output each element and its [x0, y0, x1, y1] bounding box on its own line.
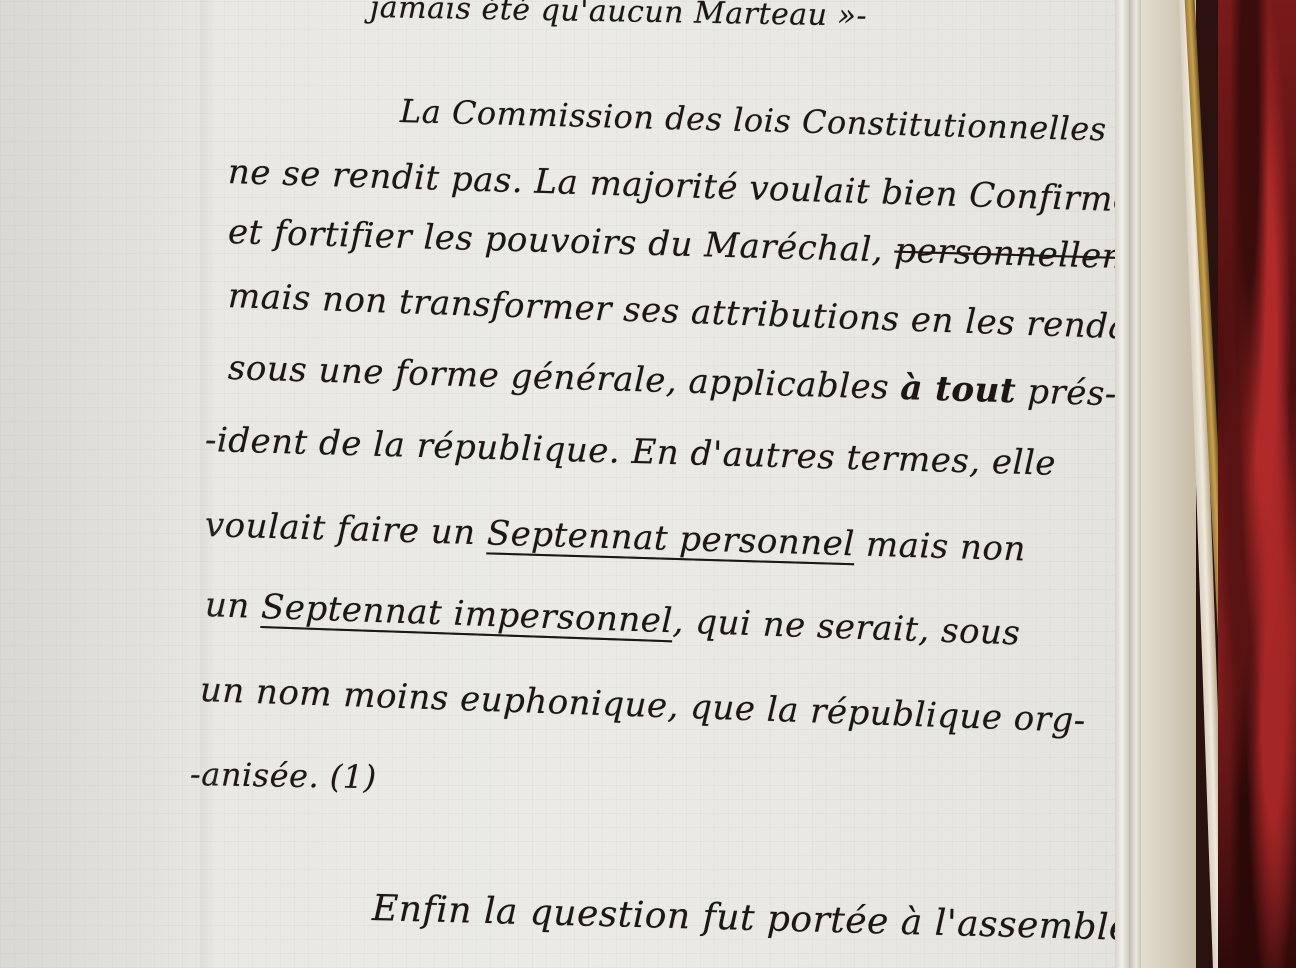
marbled-cover [1218, 0, 1296, 968]
underlined-phrase: Septennat personnel [486, 513, 855, 564]
text-line-3: et fortifier les pouvoirs du Maréchal, p… [227, 212, 1192, 279]
text-line-1: La Commission des lois Constitutionnelle… [400, 92, 1108, 148]
text-line-2: ne se rendit pas. La majorité voulait bi… [227, 152, 1151, 221]
manuscript-photo: jamais été qu'aucun Marteau »- La Commis… [0, 0, 1296, 968]
text-segment: prés- [1015, 371, 1117, 414]
page-edge [1115, 0, 1129, 968]
text-segment: , qui ne serait, sous [672, 601, 1021, 653]
text-segment: un [204, 585, 261, 627]
text-segment: et fortifier les pouvoirs du Maréchal, [227, 212, 895, 271]
text-line-11: Enfin la question fut portée à l'assembl… [371, 888, 1153, 949]
text-segment: voulait faire un [204, 505, 487, 553]
text-line-8: un Septennat impersonnel, qui ne serait,… [204, 585, 1021, 653]
manuscript-page: jamais été qu'aucun Marteau »- La Commis… [0, 0, 1130, 968]
text-segment-bold: à tout [900, 368, 1017, 411]
text-line-9: un nom moins euphonique, que la républiq… [199, 670, 1086, 741]
page-edge [1129, 0, 1141, 968]
underlined-phrase: Septennat impersonnel [260, 587, 673, 641]
text-segment: sous une forme générale, applicables [227, 348, 901, 408]
text-line-4: mais non transformer ses attributions en… [227, 276, 1177, 349]
text-segment: mais non [854, 524, 1026, 569]
text-line-7: voulait faire un Septennat personnel mai… [204, 505, 1026, 569]
text-line-6: -ident de la république. En d'autres ter… [204, 420, 1056, 484]
text-line-5: sous une forme générale, applicables à t… [227, 348, 1117, 414]
text-line-0: jamais été qu'aucun Marteau »- [370, 0, 868, 34]
text-line-10: -anisée. (1) [190, 755, 377, 796]
